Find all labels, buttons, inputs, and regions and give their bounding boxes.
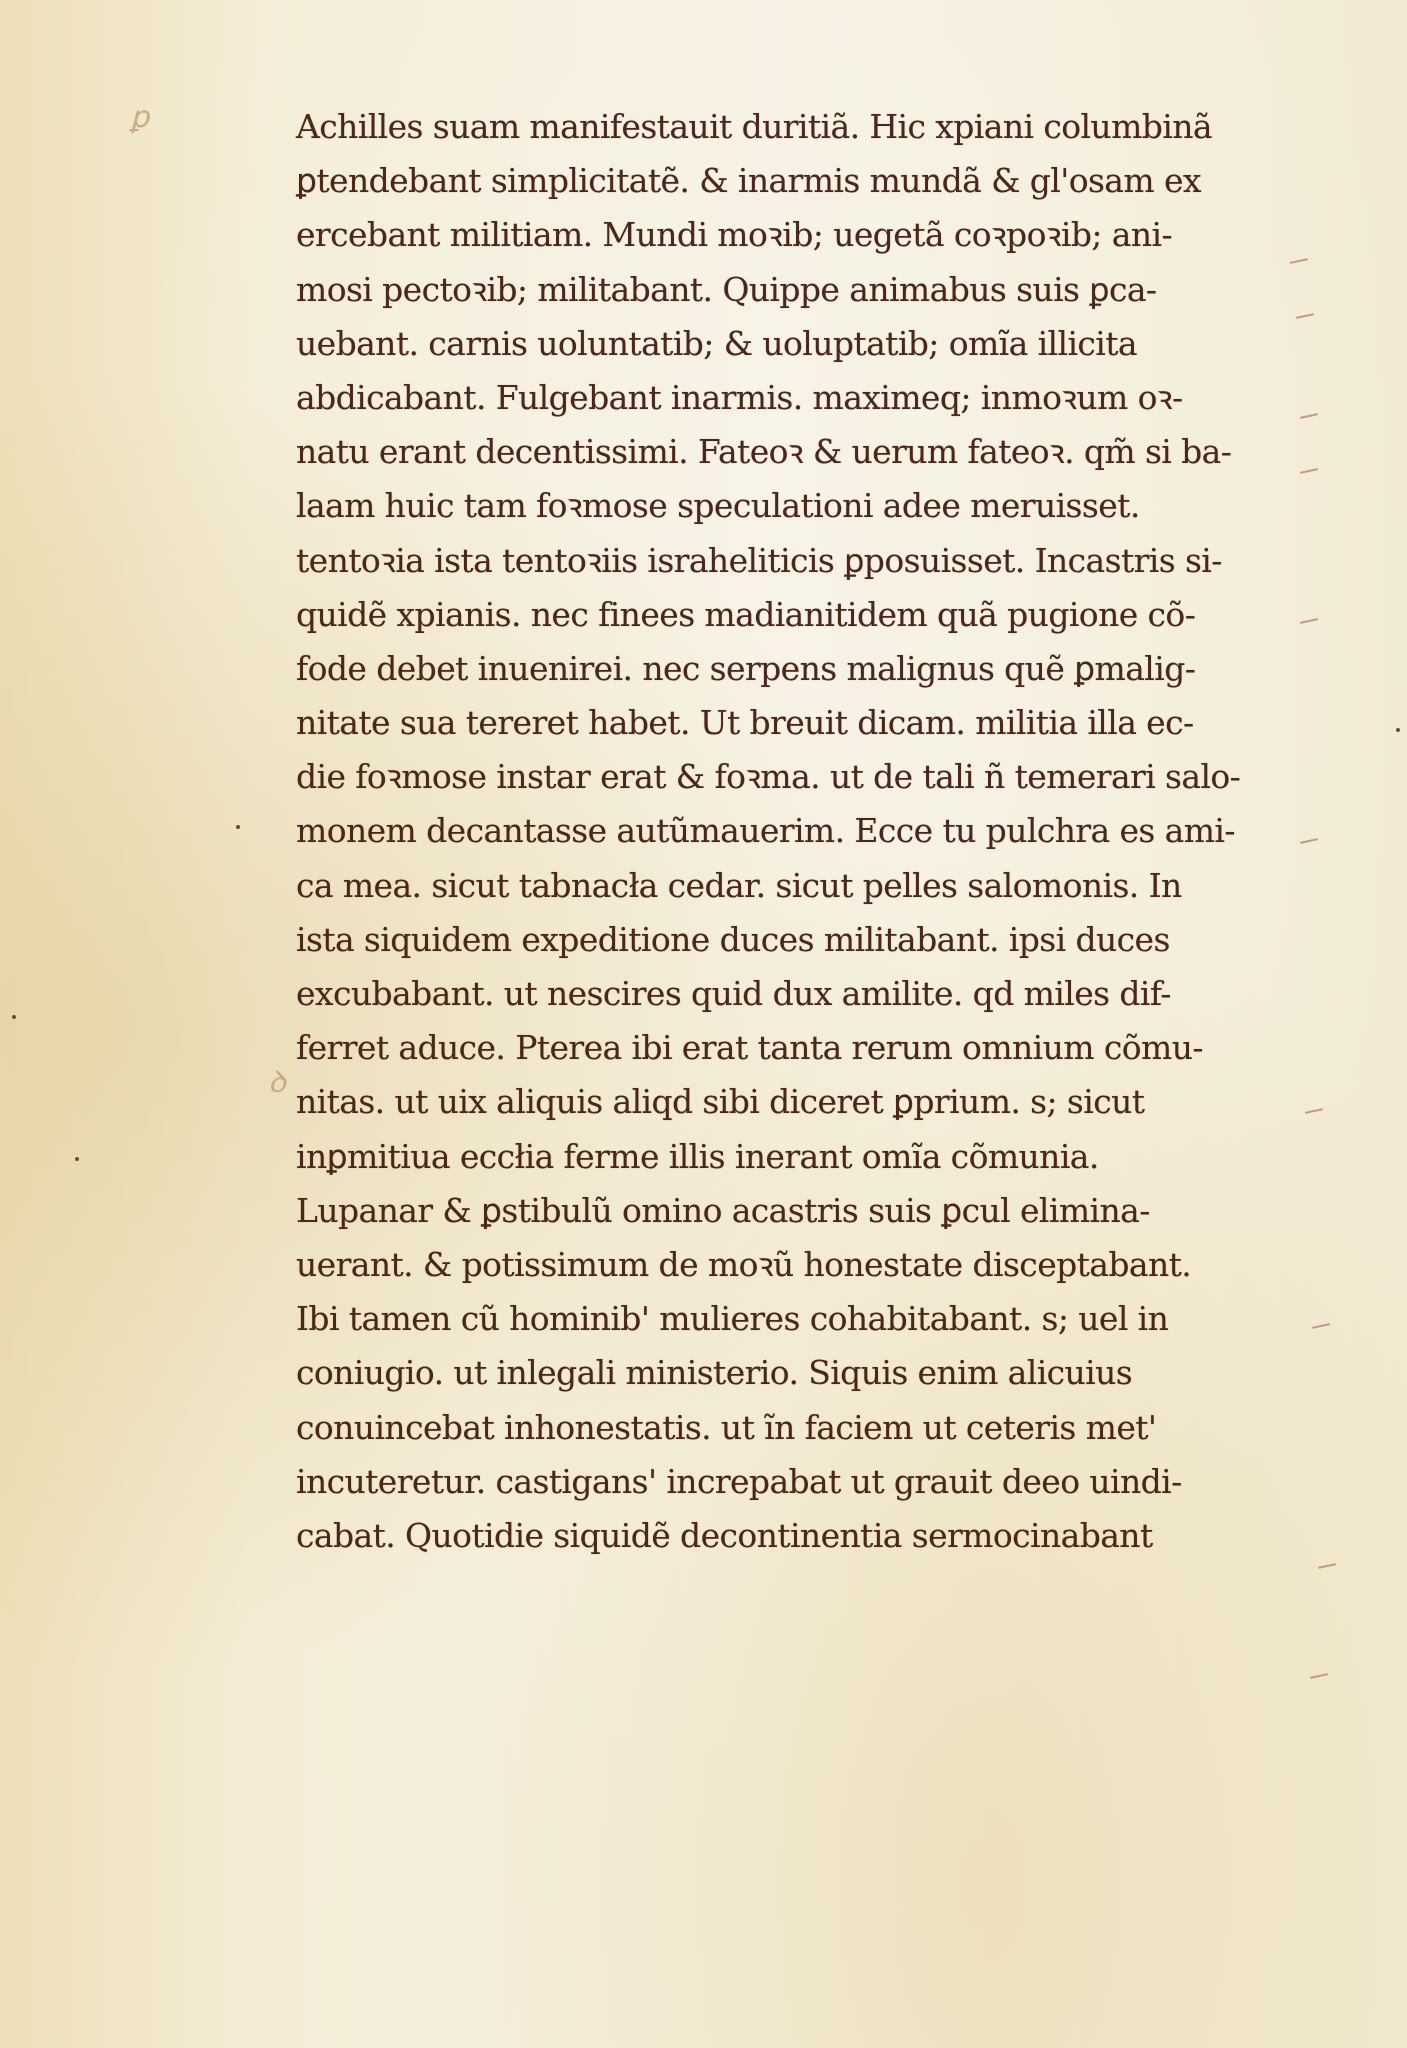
- manuscript-page: ꝑ ꝺ Achilles suam manifestauit duritiã. …: [0, 0, 1407, 2048]
- text-line: quidẽ xpianis. nec finees madianitidem q…: [296, 588, 1336, 642]
- text-line: laam huic tam foꝛmose speculationi adee …: [296, 479, 1336, 533]
- text-line: tentoꝛia ista tentoꝛiis israheliticis ꝑp…: [296, 534, 1336, 588]
- ink-speck: [236, 825, 240, 829]
- text-line: ferret aduce. Pterea ibi erat tanta reru…: [296, 1021, 1336, 1075]
- text-line: inꝑmitiua eccłia ferme illis inerant omĩ…: [296, 1130, 1336, 1184]
- text-line: natu erant decentissimi. Fateoꝛ & uerum …: [296, 425, 1336, 479]
- ink-speck: [75, 1157, 79, 1161]
- text-line: Ibi tamen cũ hominib' mulieres cohabitab…: [296, 1292, 1336, 1346]
- text-line: incuteretur. castigans' increpabat ut gr…: [296, 1455, 1336, 1509]
- text-line: cabat. Quotidie siquidẽ decontinentia se…: [296, 1509, 1336, 1563]
- marginal-annotation-mid: ꝺ: [268, 1060, 286, 1101]
- text-line: conuincebat inhonestatis. ut ĩn faciem u…: [296, 1401, 1336, 1455]
- text-line: ercebant militiam. Mundi moꝛib; uegetã c…: [296, 208, 1336, 262]
- text-line: abdicabant. Fulgebant inarmis. maximeq; …: [296, 371, 1336, 425]
- text-line: nitate sua tereret habet. Ut breuit dica…: [296, 696, 1336, 750]
- ruling-dash: [1318, 1563, 1336, 1569]
- ruling-dash: [1310, 1673, 1328, 1679]
- text-line: ca mea. sicut tabnacła cedar. sicut pell…: [296, 859, 1336, 913]
- ink-speck: [1396, 728, 1400, 732]
- text-line: uerant. & potissimum de moꝛũ honestate d…: [296, 1238, 1336, 1292]
- text-line: nitas. ut uix aliquis aliqd sibi diceret…: [296, 1075, 1336, 1129]
- text-line: uebant. carnis uoluntatib; & uoluptatib;…: [296, 317, 1336, 371]
- text-line: die foꝛmose instar erat & foꝛma. ut de t…: [296, 750, 1336, 804]
- text-line: Lupanar & ꝑstibulũ omino acastris suis ꝑ…: [296, 1184, 1336, 1238]
- ink-speck: [12, 1015, 16, 1019]
- text-line: monem decantasse autũmauerim. Ecce tu pu…: [296, 804, 1336, 858]
- text-line: excubabant. ut nescires quid dux amilite…: [296, 967, 1336, 1021]
- text-line: fode debet inuenirei. nec serpens malign…: [296, 642, 1336, 696]
- main-text-column: Achilles suam manifestauit duritiã. Hic …: [296, 100, 1336, 1563]
- text-line: mosi pectoꝛib; militabant. Quippe animab…: [296, 263, 1336, 317]
- text-line: ista siquidem expeditione duces militaba…: [296, 913, 1336, 967]
- text-line: coniugio. ut inlegali ministerio. Siquis…: [296, 1346, 1336, 1400]
- text-line: Achilles suam manifestauit duritiã. Hic …: [296, 100, 1336, 154]
- marginal-annotation-top: ꝑ: [130, 100, 149, 135]
- text-line: ꝑtendebant simplicitatẽ. & inarmis mundã…: [296, 154, 1336, 208]
